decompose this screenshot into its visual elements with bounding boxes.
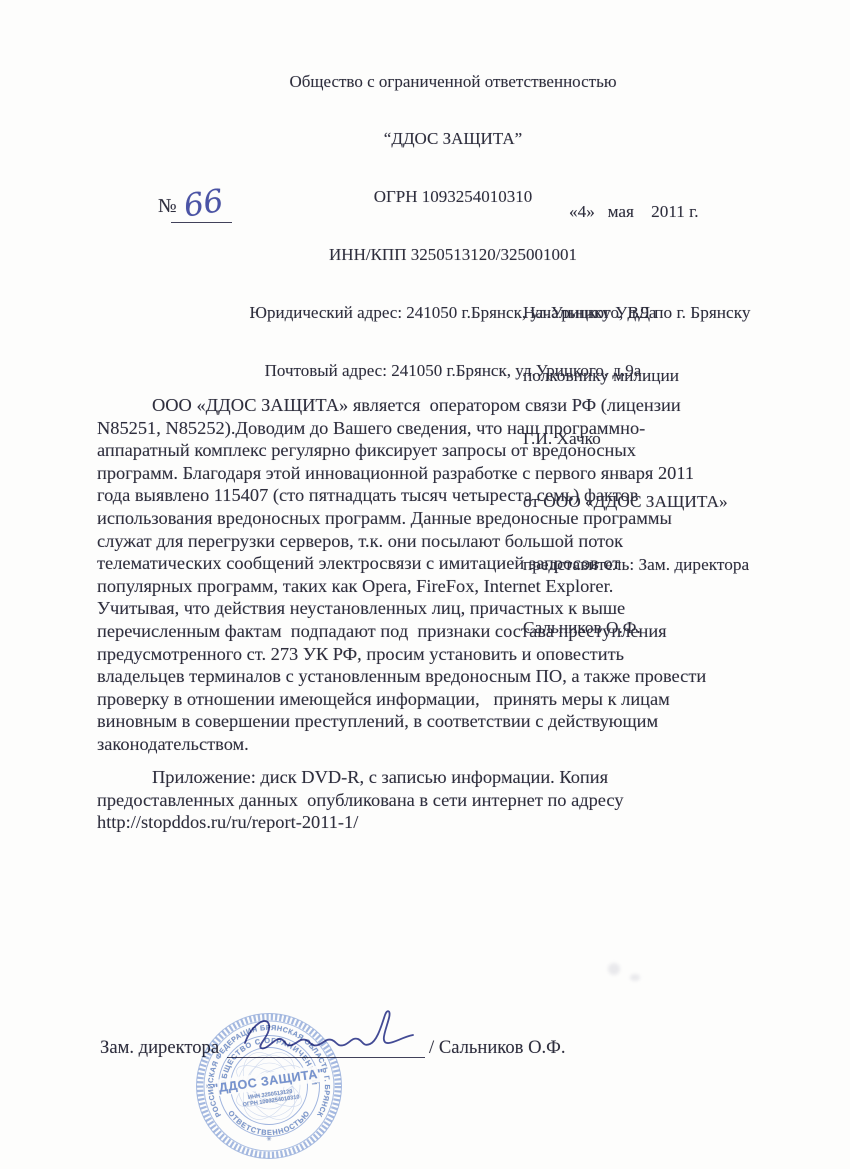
handwritten-doc-number-text: 66 xyxy=(181,183,226,225)
body-line: использования вредоносных программ. Данн… xyxy=(97,507,706,530)
body-line: проверку в отношении имеющейся информаци… xyxy=(97,688,706,711)
stamp-ornament: ✳ xyxy=(266,1135,272,1143)
scan-speck xyxy=(608,963,620,975)
scan-speck xyxy=(630,974,640,981)
body-line: Учитывая, что действия неустановленных л… xyxy=(97,597,706,620)
body-line: ООО «ДДОС ЗАЩИТА» является оператором св… xyxy=(97,394,706,417)
addressee-line: полковнику милиции xyxy=(523,365,751,386)
scanned-letter-page: Общество с ограниченной ответственностью… xyxy=(0,0,850,1169)
body-line: аппаратный комплекс регулярно фиксирует … xyxy=(97,439,706,462)
addressee-line: Начальнику УВД по г. Брянску xyxy=(523,302,751,323)
body-line: служат для перегрузки серверов, т.к. они… xyxy=(97,530,706,553)
stamp-inner-ring-bottom-text: ОТВЕТСТВЕННОСТЬЮ xyxy=(226,1109,311,1137)
body-line: программ. Благодаря этой инновационной р… xyxy=(97,462,706,485)
body-line: законодательством. xyxy=(97,733,706,756)
appendix-line: предоставленных данных опубликована в се… xyxy=(97,789,624,812)
handwritten-doc-number: 66 xyxy=(178,183,238,225)
svg-text:ОТВЕТСТВЕННОСТЬЮ: ОТВЕТСТВЕННОСТЬЮ xyxy=(226,1109,311,1137)
body-line: перечисленным фактам подпадают под призн… xyxy=(97,620,706,643)
company-round-stamp-icon: РОССИЙСКАЯ ФЕДЕРАЦИЯ БРЯНСКАЯ ОБЛАСТЬ Г.… xyxy=(193,1010,345,1162)
body-line: предусмотренного ст. 273 УК РФ, просим у… xyxy=(97,643,706,666)
appendix-line: Приложение: диск DVD-R, с записью информ… xyxy=(97,766,624,789)
body-paragraph: ООО «ДДОС ЗАЩИТА» является оператором св… xyxy=(97,394,706,756)
letterhead-company-name: “ДДОС ЗАЩИТА” xyxy=(56,129,850,148)
body-line: виновным в совершении преступлений, в со… xyxy=(97,710,706,733)
appendix-paragraph: Приложение: диск DVD-R, с записью информ… xyxy=(97,766,624,834)
body-line: владельцев терминалов с установленным вр… xyxy=(97,665,706,688)
letterhead-company-form: Общество с ограниченной ответственностью xyxy=(56,72,850,91)
body-line: популярных программ, таких как Opera, Fi… xyxy=(97,575,706,598)
signature-name: / Сальников О.Ф. xyxy=(429,1037,566,1059)
body-line: N85251, N85252).Доводим до Вашего сведен… xyxy=(97,417,706,440)
body-line: телематических сообщений электросвязи с … xyxy=(97,552,706,575)
body-line: года выявлено 115407 (сто пятнадцать тыс… xyxy=(97,484,706,507)
appendix-url: http://stopddos.ru/ru/report-2011-1/ xyxy=(97,811,624,834)
doc-date: «4» мая 2011 г. xyxy=(569,202,699,222)
